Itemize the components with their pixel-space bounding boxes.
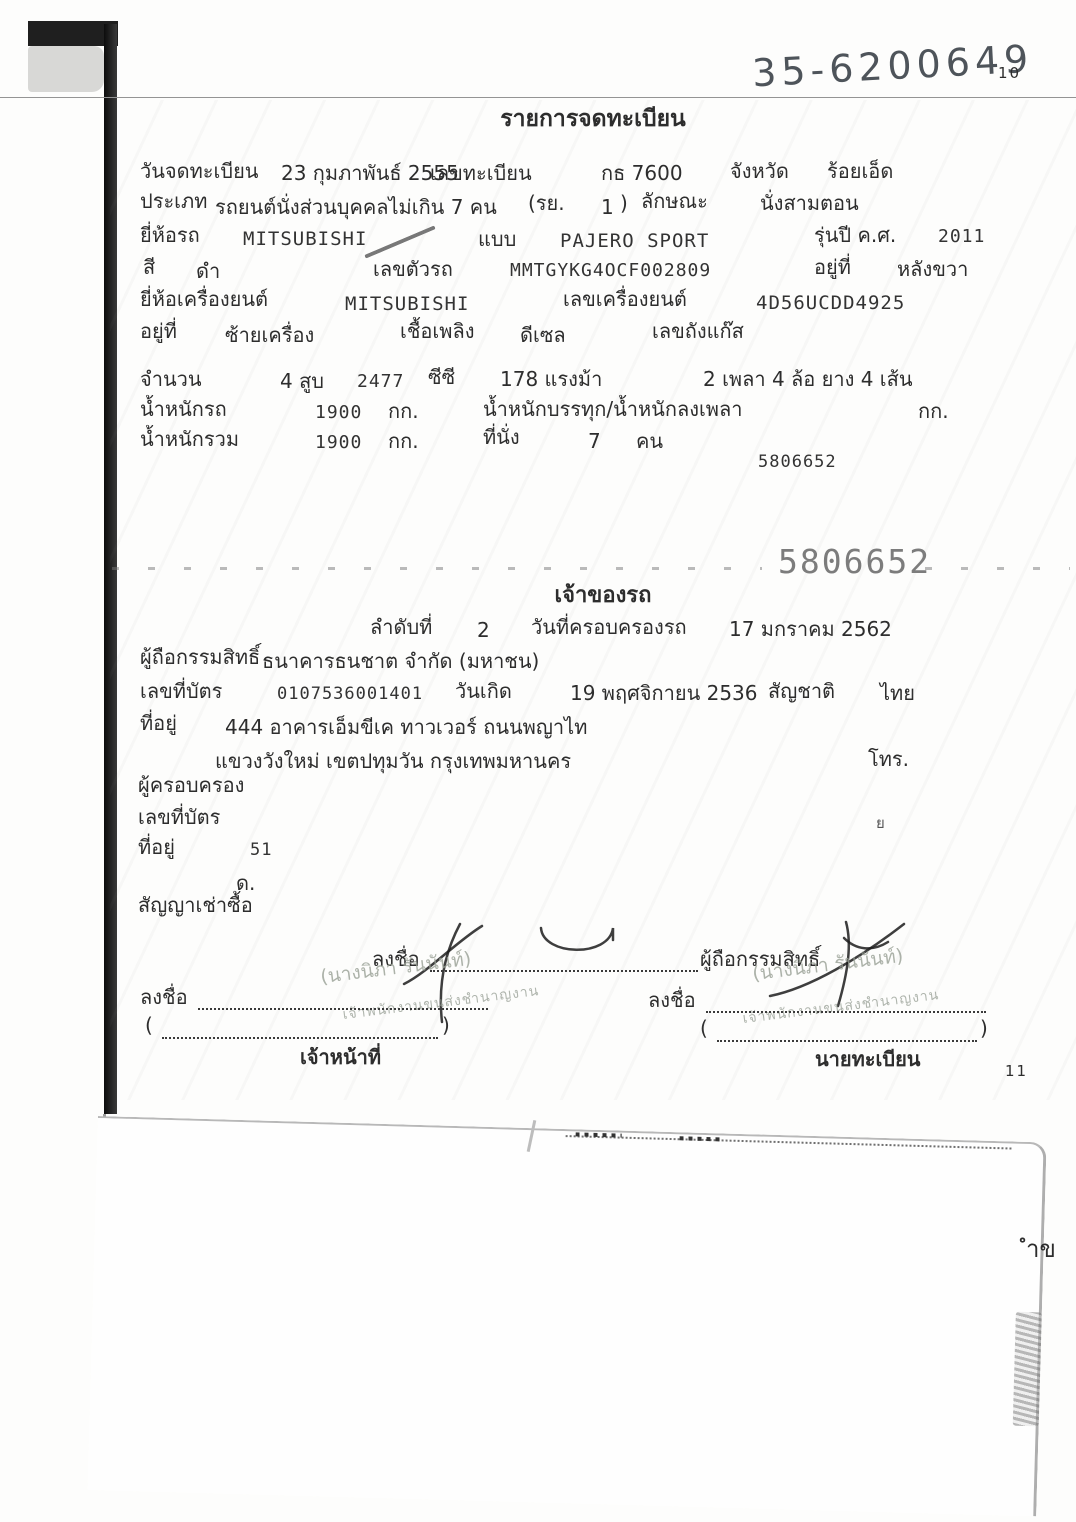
province-value: ร้อยเอ็ด <box>827 158 893 184</box>
sign-label-right: ลงชื่อ <box>648 987 696 1013</box>
year-value: 2011 <box>938 226 985 247</box>
engine-no-value: 4D56UCDD4925 <box>756 292 905 314</box>
paren-close-right: ) <box>980 1015 988 1041</box>
card-number-value: 0107536001401 <box>277 684 423 704</box>
possession-date-label: วันที่ครอบครองรถ <box>531 614 687 640</box>
signature-curve <box>535 922 627 968</box>
engine-pos-value: ซ้ายเครื่อง <box>225 322 314 348</box>
scanned-document-page: 35-6200649 10 รายการจดทะเบียน วันจดทะเบี… <box>0 0 1076 1522</box>
sign-dotline-left <box>198 1008 488 1010</box>
color-label: สี <box>143 254 155 280</box>
hire-purchase-label: สัญญาเช่าซื้อ <box>138 892 253 918</box>
type-code-close: ) <box>620 190 628 216</box>
fuel-value: ดีเซล <box>520 322 566 348</box>
possessor-card-partial: ย <box>876 810 885 836</box>
paren-dotline-left <box>162 1037 438 1039</box>
plate-value: กธ 7600 <box>601 160 683 186</box>
model-value: PAJERO SPORT <box>560 230 709 252</box>
type-code-value: 1 <box>601 194 614 220</box>
layout-value: นั่งสามตอน <box>760 190 859 216</box>
type-value: รถยนต์นั่งส่วนบุคคลไม่เกิน 7 คน <box>215 194 497 220</box>
gross-weight-label: น้ำหนักรวม <box>140 426 239 452</box>
chassis-pos-label: อยู่ที่ <box>814 254 851 280</box>
registrar-role-label: นายทะเบียน <box>815 1046 920 1072</box>
scan-dash-row-right <box>925 567 1070 570</box>
owner-section-title: เจ้าของรถ <box>110 583 1076 609</box>
nationality-label: สัญชาติ <box>768 678 835 704</box>
chassis-label: เลขตัวรถ <box>373 256 453 282</box>
brand-label: ยี่ห้อรถ <box>140 222 200 248</box>
seats-unit: คน <box>636 428 663 454</box>
engine-brand-label: ยี่ห้อเครื่องยนต์ <box>140 286 268 312</box>
page-number-top: 10 <box>998 60 1021 86</box>
reg-date-label: วันจดทะเบียน <box>140 158 258 184</box>
type-label: ประเภท <box>140 188 207 214</box>
cylinder-value: 4 สูบ <box>280 368 324 394</box>
seats-label: ที่นั่ง <box>483 424 520 450</box>
gross-weight-value: 1900 <box>315 432 362 453</box>
curb-weight-label: น้ำหนักรถ <box>140 396 227 422</box>
document-title: รายการจดทะเบียน <box>110 106 1076 132</box>
engine-brand-value: MITSUBISHI <box>345 293 469 315</box>
serial-number-stamp: 5806652 <box>778 542 931 581</box>
holder-label: ผู้ถือกรรมสิทธิ์ <box>140 644 260 670</box>
nationality-value: ไทย <box>880 680 915 706</box>
seats-value: 7 <box>588 428 601 454</box>
gross-weight-unit: กก. <box>388 428 419 454</box>
plate-label: เลขทะเบียน <box>430 160 532 186</box>
sequence-label: ลำดับที่ <box>370 614 432 640</box>
paren-open-right: ( <box>700 1015 708 1041</box>
overlapping-next-page <box>88 1116 1047 1516</box>
layout-label: ลักษณะ <box>641 188 708 214</box>
possessor-address-label: ที่อยู่ <box>138 834 175 860</box>
possession-date-value: 17 มกราคม 2562 <box>729 616 892 642</box>
model-label: แบบ <box>478 226 516 252</box>
cc-unit: ซีซี <box>428 364 455 390</box>
page-number-bottom: 11 <box>1005 1058 1028 1084</box>
curb-weight-unit: กก. <box>388 398 419 424</box>
color-value: ดำ <box>196 258 220 284</box>
brand-value: MITSUBISHI <box>243 228 367 250</box>
year-label: รุ่นปี ค.ศ. <box>814 222 896 248</box>
sign-dotline-right <box>706 1011 986 1013</box>
address-line2-value: แขวงวังใหม่ เขตปทุมวัน กรุงเทพมหานคร <box>215 748 571 774</box>
possessor-address-partial: 51 <box>250 840 272 860</box>
perforation-dark-dash-2 <box>680 1136 724 1141</box>
paren-open-left: ( <box>145 1012 153 1038</box>
perforation-dots <box>566 1135 1012 1149</box>
paren-close-left: ) <box>442 1012 450 1038</box>
province-label: จังหวัด <box>730 158 789 184</box>
next-page-partial-text: ำข <box>1026 1236 1056 1262</box>
chassis-pos-value: หลังขวา <box>897 256 968 282</box>
scan-smudge <box>1013 1312 1042 1427</box>
curb-weight-value: 1900 <box>315 402 362 423</box>
address-label: ที่อยู่ <box>140 710 177 736</box>
telephone-label: โทร. <box>868 746 909 772</box>
possessor-label: ผู้ครอบครอง <box>138 772 244 798</box>
paren-dotline-right <box>717 1040 977 1042</box>
chassis-value: MMTGYKG4OCF002809 <box>510 260 711 281</box>
load-weight-unit: กก. <box>918 398 949 424</box>
birth-date-label: วันเกิด <box>455 678 512 704</box>
possessor-card-label: เลขที่บัตร <box>138 804 220 830</box>
handwritten-reference-number: 35-6200649 <box>751 37 1034 96</box>
type-code-open: (รย. <box>528 190 565 216</box>
cc-value: 2477 <box>357 371 404 392</box>
axle-wheel-tyre-value: 2 เพลา 4 ล้อ ยาง 4 เส้น <box>703 366 913 392</box>
engine-no-label: เลขเครื่องยนต์ <box>563 286 687 312</box>
gas-tank-label: เลขถังแก๊ส <box>652 318 744 344</box>
load-weight-label: น้ำหนักบรรทุก/น้ำหนักลงเพลา <box>483 396 742 422</box>
scan-gray-block <box>28 46 104 92</box>
engine-pos-label: อยู่ที่ <box>140 318 177 344</box>
holder-value: ธนาคารธนชาต จำกัด (มหาชน) <box>262 648 539 674</box>
card-number-label: เลขที่บัตร <box>140 678 222 704</box>
pen-slash-mark <box>364 225 436 258</box>
serial-number: 5806652 <box>758 452 837 472</box>
officer-role-label: เจ้าหน้าที่ <box>300 1044 381 1070</box>
fuel-label: เชื้อเพลิง <box>400 318 474 344</box>
sequence-value: 2 <box>477 617 490 643</box>
sign-label-left: ลงชื่อ <box>140 984 188 1010</box>
birth-date-value: 19 พฤศจิกายน 2536 <box>570 680 758 706</box>
top-rule <box>0 97 1076 98</box>
horsepower-value: 178 แรงม้า <box>500 366 602 392</box>
cylinder-label: จำนวน <box>140 366 202 392</box>
address-value: 444 อาคารเอ็มขีเค ทาวเวอร์ ถนนพญาไท <box>225 714 587 740</box>
scan-dash-row-left <box>112 567 762 570</box>
